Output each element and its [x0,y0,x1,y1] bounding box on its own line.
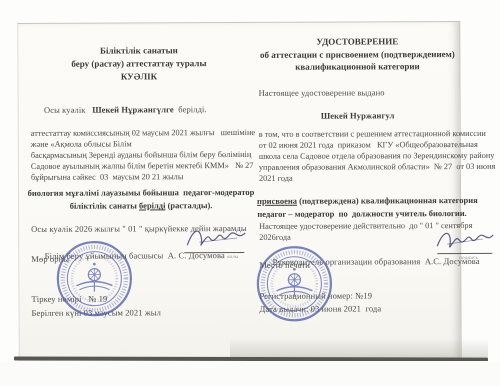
kazakh-title: Біліктілік санатын беру (растау) аттеста… [26,44,251,84]
kazakh-body-paragraph: аттестаттау комиссиясының 02 маусым 2021… [31,127,259,183]
kazakh-body-line: Садовое ауылының жалпы білім беретін мек… [31,160,259,172]
kazakh-category-post: (расталды). [165,200,212,210]
russian-category-statement: присвоена (подтверждена) квалификационна… [257,194,467,221]
kazakh-body-line: бұйрығына сәйкес 03 маусым 20 21 жылы [31,171,259,183]
state-emblem-icon [276,268,312,297]
kazakh-category-underlined-word: берілді [139,200,165,210]
state-emblem-icon [76,263,112,292]
russian-title-line1: УДОСТОВЕРЕНИЕ [256,35,458,48]
scanner-background [0,361,500,386]
kazakh-category-statement: биология мұғалімі лауазымы бойынша педаг… [27,186,255,213]
russian-recipient-name: Шекей Нуржангул [257,110,459,122]
kazakh-title-line2: беру (растау) аттестаттау туралы [26,57,251,71]
russian-title-line3: квалификационной категории [256,60,458,73]
kazakh-category-pre: біліктілік санаты [70,200,139,210]
signature-left-caption: колы [227,255,238,260]
signature-right-caption: подпись [459,256,478,261]
russian-category-underlined-word: присвоена [257,196,297,206]
kazakh-issued-suffix: берілді. [178,104,206,114]
russian-category-post: (подтверждена) квалификационная категори… [297,195,478,206]
official-seal-left [54,238,134,318]
russian-category-line1: присвоена (подтверждена) квалификационна… [257,194,467,208]
signature-left [179,223,259,253]
russian-body-line: 2021 года [259,172,469,184]
kazakh-issued-line: Осы куәлік Шекей Нұржангүлге берілді. [31,93,207,127]
kazakh-category-line1: биология мұғалімі лауазымы бойынша педаг… [27,186,255,200]
russian-body-line: в том, что в соответствии с решением атт… [259,128,469,140]
russian-body-paragraph: в том, что в соответствии с решением атт… [259,128,469,184]
russian-body-line: от 02 июня 2021 года приказом КГУ «Общео… [259,139,469,151]
official-seal-right [254,244,334,324]
scanned-document-page: Біліктілік санатын беру (растау) аттеста… [0,0,500,386]
kazakh-title-line1: Біліктілік санатын [26,44,251,58]
russian-title-line2: об аттестации с присвоением (подтвержден… [256,48,458,61]
russian-body-line: управления образования Акмолинской облас… [259,161,469,173]
kazakh-body-line: аттестаттау комиссиясының 02 маусым 2021… [31,127,259,139]
certificate-paper: Біліктілік санатын беру (растау) аттеста… [17,21,461,361]
signature-left-rule [184,252,244,253]
kazakh-category-line2: біліктілік санаты берілді (расталды). [27,199,255,213]
russian-issued-line: Настоящее удостоверение выдано [259,87,385,99]
kazakh-title-line3: КУӘЛІК [26,70,251,84]
russian-category-line2: педагог – модератор по должности учитель… [257,207,467,221]
russian-title: УДОСТОВЕРЕНИЕ об аттестации с присвоение… [256,35,458,73]
signature-right [431,226,500,256]
kazakh-issued-prefix: Осы куәлік [44,105,86,115]
scan-shadow-gradient [230,338,488,357]
russian-body-line: школа села Садовое отдела образования по… [259,150,469,162]
kazakh-recipient-name: Шекей Нұржангүлге [92,104,174,114]
